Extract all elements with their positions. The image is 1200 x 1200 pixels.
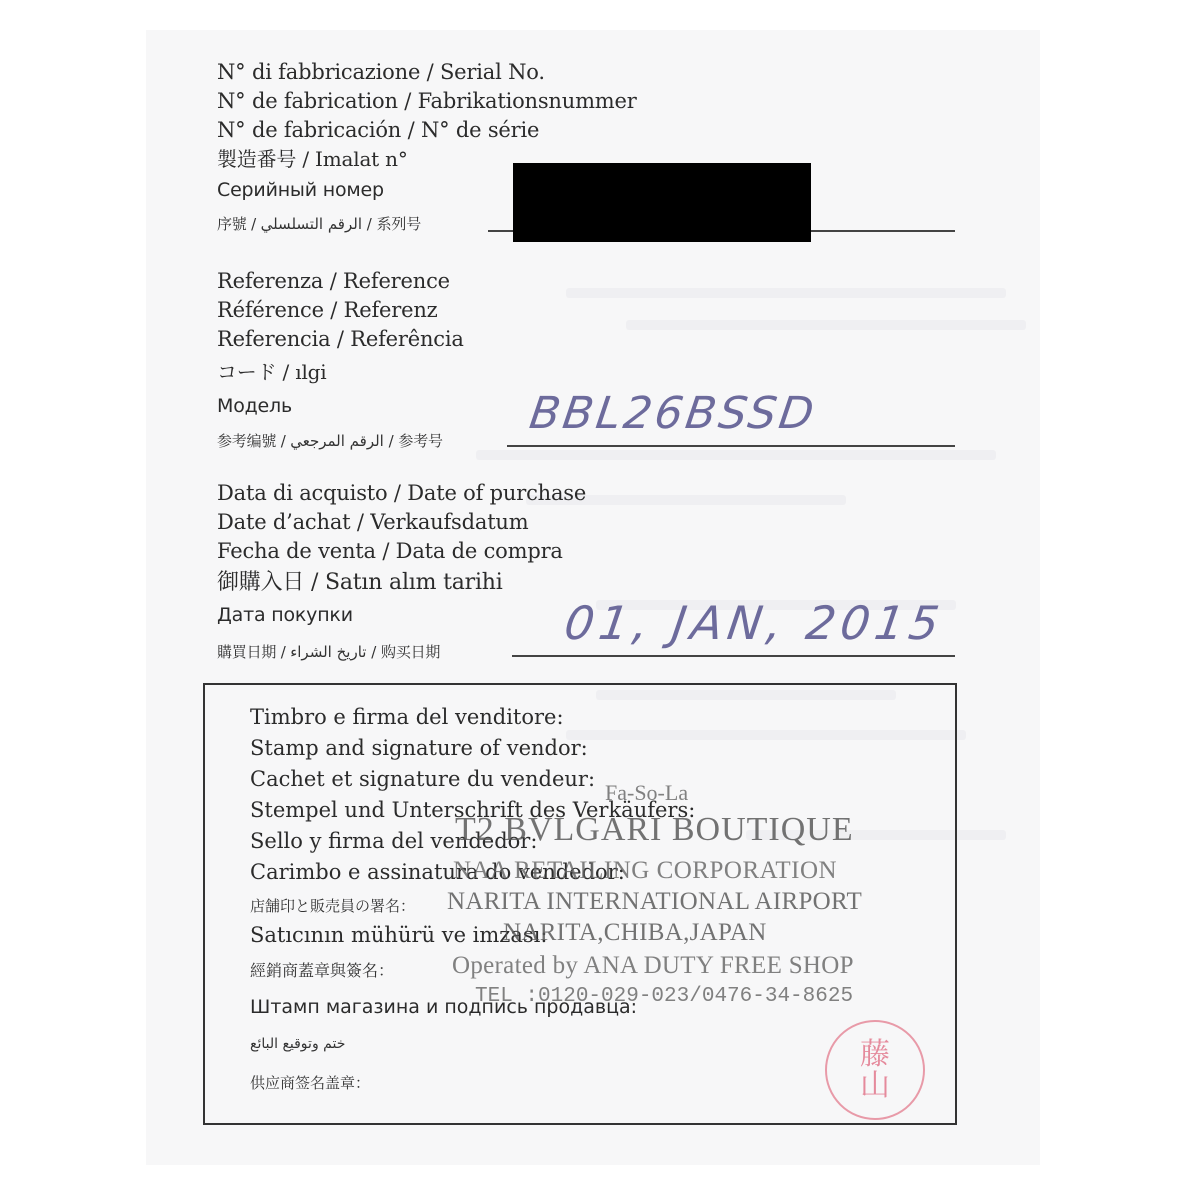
reference-label-ja-tr: コード / ılgi	[217, 362, 326, 382]
stamp-line-operator: Operated by ANA DUTY FREE SHOP	[452, 953, 854, 978]
personal-seal-stamp: 藤 山	[825, 1020, 925, 1120]
vendor-label-zh-cn: 供应商签名盖章：	[250, 1076, 370, 1091]
serial-label-ja-tr: 製造番号 / Imalat n°	[217, 149, 408, 169]
stamp-line-phone: TEL :0120-029-023/0476-34-8625	[475, 986, 853, 1007]
vendor-label-zh-tw: 經銷商蓋章與簽名：	[250, 963, 394, 979]
date-label-ja-tr: 御購入日 / Satın alım tarihi	[217, 572, 503, 594]
date-label-es-pt: Fecha de venta / Data de compra	[217, 541, 563, 562]
vendor-label-ja: 店舗印と販売員の署名：	[250, 899, 415, 914]
bleed-through	[626, 320, 1026, 330]
seal-char-top: 藤	[860, 1039, 890, 1071]
reference-label-it-en: Referenza / Reference	[217, 271, 450, 292]
serial-label-zh-ar: 序號 / الرقم التسلسلي / 系列号	[217, 217, 421, 232]
purchase-date-value: 01, JAN, 2015	[561, 596, 947, 650]
date-label-it-en: Data di acquisto / Date of purchase	[217, 483, 586, 504]
seal-char-bottom: 山	[860, 1070, 890, 1102]
reference-fill-line	[507, 445, 955, 447]
reference-label-fr-de: Référence / Referenz	[217, 300, 438, 321]
serial-label-fr-de: N° de fabrication / Fabrikationsnummer	[217, 91, 637, 112]
serial-label-ru: Серийный номер	[217, 181, 384, 200]
date-label-zh-ar: 購買日期 / تاريخ الشراء / 购买日期	[217, 645, 440, 660]
serial-redaction	[513, 163, 811, 242]
reference-label-ru: Модель	[217, 397, 292, 416]
stamp-line-corporation: NAA RETAILING CORPORATION	[453, 858, 837, 883]
stamp-line-airport: NARITA INTERNATIONAL AIRPORT	[447, 889, 862, 914]
vendor-label-ar: ختم وتوقيع البائع	[250, 1037, 345, 1051]
reference-label-zh-ar: 参考编號 / الرقم المرجعي / 参考号	[217, 434, 443, 449]
date-fill-line	[512, 655, 955, 657]
stamp-line-boutique: T2 BVLGARI BOUTIQUE	[455, 813, 854, 847]
vendor-label-fr: Cachet et signature du vendeur:	[250, 769, 595, 790]
vendor-label-it: Timbro e firma del venditore:	[250, 707, 564, 728]
date-label-fr-de: Date d’achat / Verkaufsdatum	[217, 512, 528, 533]
stamp-line-city: NARITA,CHIBA,JAPAN	[503, 920, 767, 945]
bleed-through	[566, 288, 1006, 298]
bleed-through	[476, 450, 996, 460]
date-label-ru: Дата покупки	[217, 606, 353, 625]
serial-label-it-en: N° di fabbricazione / Serial No.	[217, 62, 545, 83]
vendor-label-en: Stamp and signature of vendor:	[250, 738, 588, 759]
stamp-line-fasola: Fa-So-La	[605, 782, 688, 804]
reference-label-es-pt: Referencia / Referência	[217, 329, 464, 350]
serial-label-es-pt: N° de fabricación / N° de série	[217, 120, 539, 141]
reference-value: BBL26BSSD	[526, 388, 819, 439]
